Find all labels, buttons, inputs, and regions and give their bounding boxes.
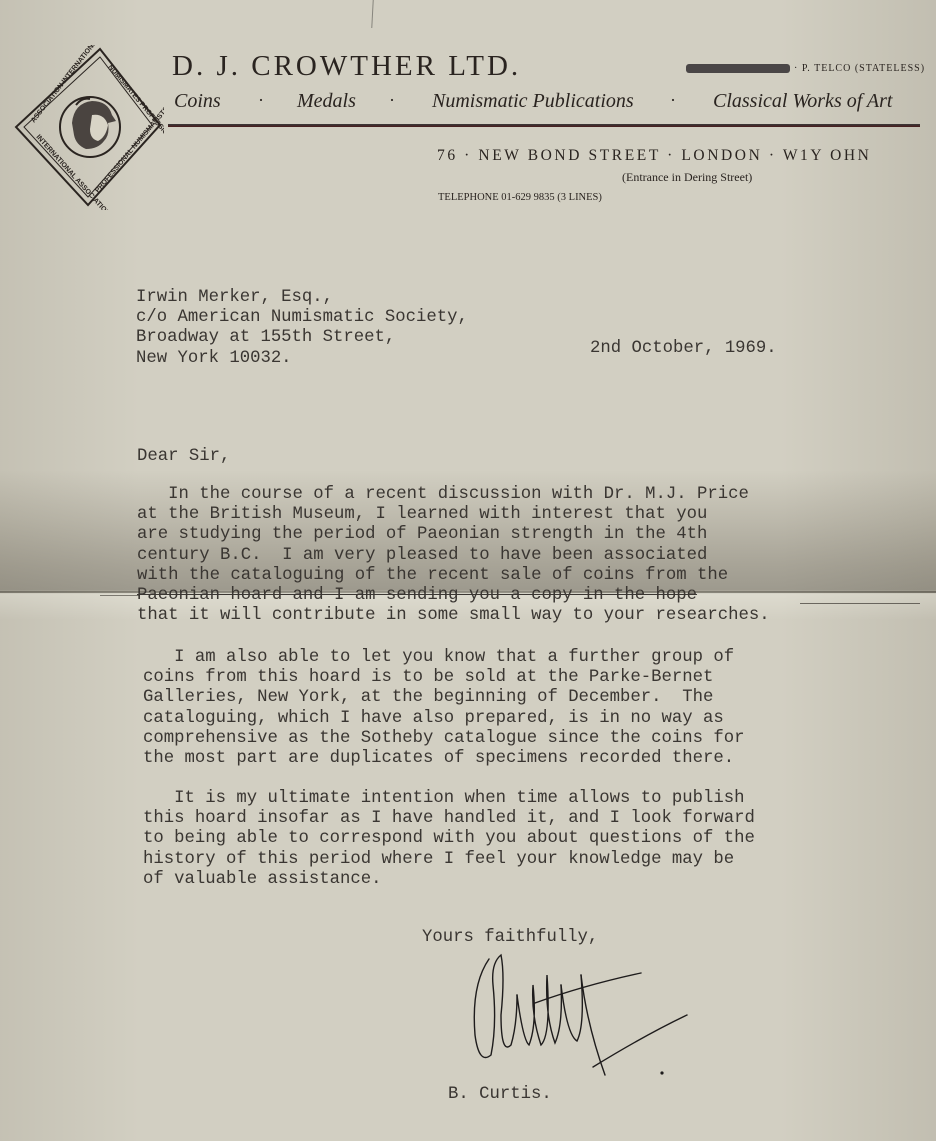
tagline-separator: · (670, 90, 676, 111)
recipient-line: Broadway at 155th Street, (136, 328, 468, 348)
letter-date: 2nd October, 1969. (590, 339, 777, 359)
tagline-medals: Medals (297, 90, 356, 113)
body-paragraph-2: I am also able to let you know that a fu… (143, 648, 745, 769)
body-line: I am also able to let you know that a fu… (143, 648, 745, 668)
body-line: to being able to correspond with you abo… (143, 829, 755, 849)
body-line: Galleries, New York, at the beginning of… (143, 688, 745, 708)
entrance-note: (Entrance in Dering Street) (622, 170, 752, 185)
handwritten-signature-icon (465, 945, 695, 1085)
strike-mark (800, 603, 920, 604)
telex-line: · P. TELCO (STATELESS) (686, 63, 925, 74)
body-line: are studying the period of Paeonian stre… (137, 525, 770, 545)
body-line: comprehensive as the Sotheby catalogue s… (143, 729, 745, 749)
body-line: that it will contribute in some small wa… (137, 606, 770, 626)
redacted-text (686, 64, 790, 73)
tagline-coins: Coins (174, 90, 221, 113)
body-paragraph-1: In the course of a recent discussion wit… (137, 485, 770, 626)
salutation: Dear Sir, (137, 447, 230, 467)
telco-text: · P. TELCO (STATELESS) (794, 63, 925, 74)
telephone-number: TELEPHONE 01-629 9835 (3 LINES) (438, 192, 602, 203)
body-paragraph-3: It is my ultimate intention when time al… (143, 789, 755, 890)
body-line: this hoard insofar as I have handled it,… (143, 809, 755, 829)
recipient-line: c/o American Numismatic Society, (136, 308, 468, 328)
body-line: of valuable assistance. (143, 870, 755, 890)
coin-emblem-icon: ASSOCIATION INTERNATIONALE NUMISMATES PR… (12, 45, 164, 210)
recipient-address: Irwin Merker, Esq.,c/o American Numismat… (136, 288, 468, 369)
signatory-name: B. Curtis. (448, 1085, 552, 1105)
recipient-line: Irwin Merker, Esq., (136, 288, 468, 308)
tagline-works-of-art: Classical Works of Art (713, 90, 892, 113)
body-line: the most part are duplicates of specimen… (143, 749, 745, 769)
body-line: with the cataloguing of the recent sale … (137, 566, 770, 586)
company-name: D. J. CROWTHER LTD. (172, 50, 521, 83)
body-line: It is my ultimate intention when time al… (143, 789, 755, 809)
header-rule (168, 124, 920, 127)
tagline-separator: · (258, 90, 264, 111)
body-line: coins from this hoard is to be sold at t… (143, 668, 745, 688)
company-address: 76 · NEW BOND STREET · LONDON · W1Y OHN (437, 147, 871, 165)
body-line: In the course of a recent discussion wit… (137, 485, 770, 505)
tagline-publications: Numismatic Publications (432, 90, 634, 113)
strike-mark (100, 595, 140, 596)
body-line: at the British Museum, I learned with in… (137, 505, 770, 525)
body-line: century B.C. I am very pleased to have b… (137, 546, 770, 566)
struck-through-line: Paeonian hoard and I am sending you a co… (137, 586, 770, 606)
recipient-line: New York 10032. (136, 349, 468, 369)
body-line: history of this period where I feel your… (143, 850, 755, 870)
tagline-separator: · (389, 90, 395, 111)
body-line: cataloguing, which I have also prepared,… (143, 709, 745, 729)
